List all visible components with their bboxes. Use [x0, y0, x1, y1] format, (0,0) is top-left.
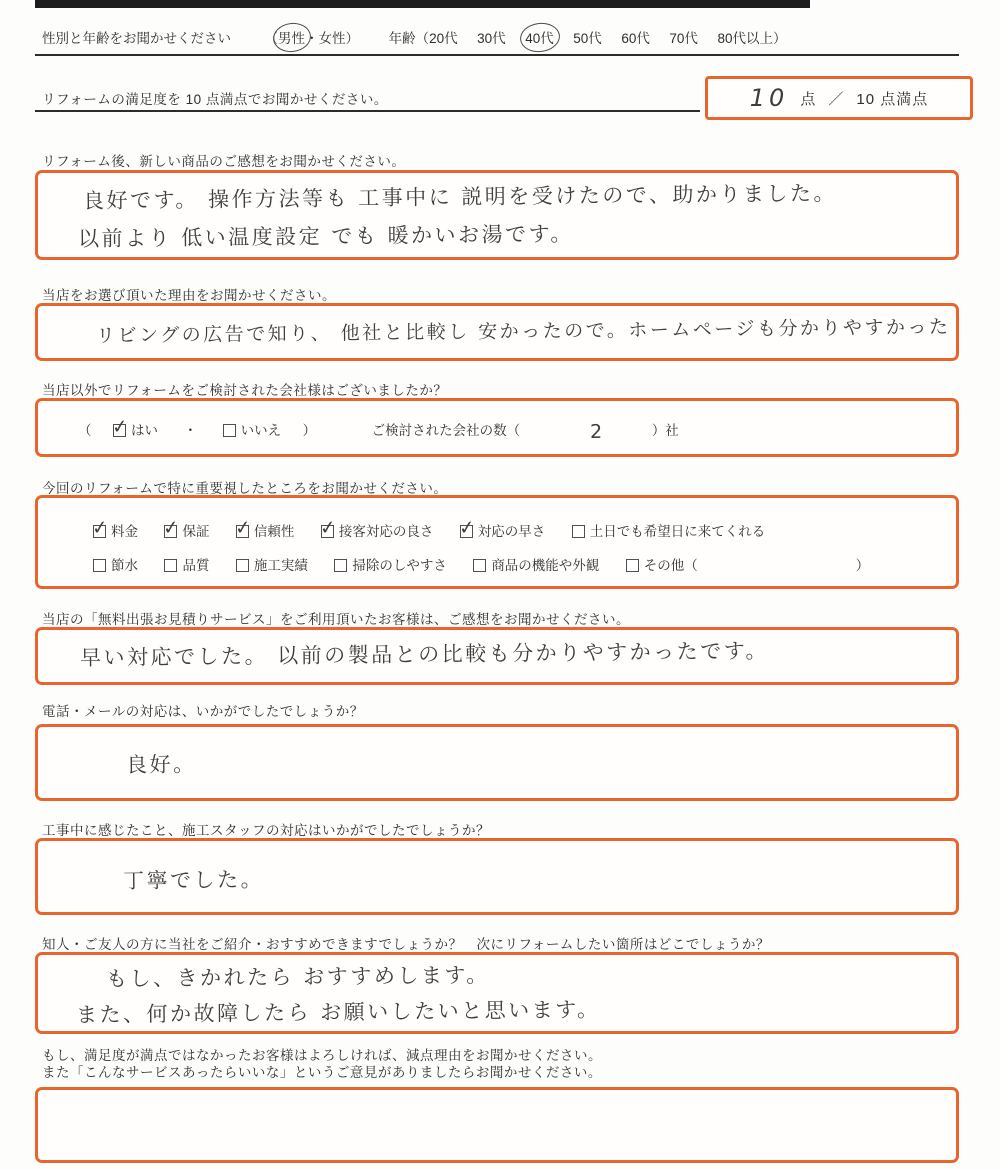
checkbox-label: 信頼性 — [254, 524, 295, 539]
paren: （ — [265, 27, 279, 47]
q6-answer-box: 料金 保証 信頼性 接客対応の良さ 対応の早さ 土日でも希望日に来てくれる 節水… — [35, 495, 959, 589]
q8-answer-box[interactable]: 良好。 — [35, 724, 959, 801]
handwritten-answer: 早い対応でした。 以前の製品との比較も分かりやすかったです。 — [80, 635, 769, 672]
divider-line — [35, 110, 700, 112]
paren: ） — [346, 31, 360, 46]
checkbox-option[interactable]: 対応の早さ — [460, 524, 546, 539]
checkbox-no[interactable] — [223, 424, 236, 437]
checkbox-label: 商品の機能や外観 — [491, 558, 599, 573]
checkbox-option[interactable]: 保証 — [164, 524, 209, 539]
age-option-20s[interactable]: 20代 — [429, 27, 458, 47]
score-max: 10 点満点 — [856, 88, 928, 109]
company-count-suffix: ）社 — [652, 423, 679, 438]
checkbox-option[interactable]: 料金 — [93, 524, 138, 539]
handwritten-score: 10 — [750, 84, 789, 112]
checkbox[interactable] — [164, 525, 177, 538]
checkbox[interactable] — [334, 559, 347, 572]
q1-label: 性別と年齢をお聞かせください — [42, 27, 231, 47]
checkbox-label: 料金 — [111, 524, 138, 539]
checkbox-yes-label: はい — [131, 423, 158, 438]
checkbox-option-other[interactable]: その他（） — [626, 558, 870, 573]
q7-label: 当店の「無料出張お見積りサービス」をご利用頂いたお客様は、ご感想をお聞かせくださ… — [42, 608, 630, 628]
checkbox-label: 接客対応の良さ — [339, 524, 434, 539]
q4-label: 当店をお選び頂いた理由をお聞かせください。 — [42, 284, 336, 304]
checkbox-option[interactable]: 商品の機能や外観 — [473, 558, 599, 573]
checkbox-row-1: 料金 保証 信頼性 接客対応の良さ 対応の早さ 土日でも希望日に来てくれる — [93, 520, 787, 541]
handwritten-answer: 以前より 低い温度設定 でも 暖かいお湯です。 — [78, 218, 574, 253]
checkbox-no-label: いいえ — [241, 423, 282, 438]
q7-answer-box[interactable]: 早い対応でした。 以前の製品との比較も分かりやすかったです。 — [35, 627, 959, 685]
gender-option-male[interactable]: 男性 — [278, 27, 305, 47]
checkbox[interactable] — [93, 525, 106, 538]
question-gender-age: 性別と年齢をお聞かせください （男性・女性） 年齢（20代 30代 40代 50… — [42, 27, 786, 47]
score-slash: ／ — [828, 88, 844, 109]
handwritten-company-count: 2 — [590, 421, 605, 443]
checkbox-row-2: 節水 品質 施工実績 掃除のしやすさ 商品の機能や外観 その他（） — [93, 554, 869, 575]
checkbox-label: 対応の早さ — [478, 524, 546, 539]
age-option-30s[interactable]: 30代 — [477, 27, 506, 47]
paren: ） — [303, 423, 317, 438]
age-option-50s[interactable]: 50代 — [573, 27, 602, 47]
checkbox[interactable] — [460, 525, 473, 538]
checkbox-option[interactable]: 掃除のしやすさ — [334, 558, 447, 573]
paren: （ — [78, 423, 92, 438]
checkbox[interactable] — [626, 559, 639, 572]
handwritten-answer: もし、きかれたら おすすめします。 — [106, 959, 490, 993]
q11-label-line2: また「こんなサービスあったらいいな」というご意見がありましたらお聞かせください。 — [42, 1061, 602, 1081]
checkbox-label: その他（ — [644, 558, 698, 573]
separator-dot: ・ — [184, 423, 198, 438]
checkbox-option[interactable]: 施工実績 — [236, 558, 308, 573]
checkbox-option[interactable]: 信頼性 — [236, 524, 295, 539]
q9-answer-box[interactable]: 丁寧でした。 — [35, 838, 959, 915]
handwritten-answer: また、何か故障したら お願いしたいと思います。 — [76, 994, 601, 1029]
q3-answer-box[interactable]: 良好です。 操作方法等も 工事中に 説明を受けたので、助かりました。 以前より … — [35, 170, 959, 260]
checkbox-label: 土日でも希望日に来てくれる — [590, 524, 766, 539]
checkbox-label: 節水 — [111, 558, 138, 573]
score-answer-box[interactable]: 10 点 ／ 10 点満点 — [705, 76, 973, 120]
separator-dot: ・ — [305, 31, 319, 46]
q9-label: 工事中に感じたこと、施工スタッフの対応はいかがでしたでしょうか？ — [42, 819, 490, 839]
checkbox-yes[interactable] — [113, 424, 126, 437]
q8-label: 電話・メールの対応は、いかがでしたでしょうか？ — [42, 700, 364, 720]
paren: ） — [856, 558, 870, 573]
company-count-label: ご検討された会社の数（ — [372, 423, 521, 438]
age-option-70s[interactable]: 70代 — [669, 27, 698, 47]
checkbox-option[interactable]: 節水 — [93, 558, 138, 573]
checkbox-option[interactable]: 土日でも希望日に来てくれる — [572, 524, 766, 539]
q3-label: リフォーム後、新しい商品のご感想をお聞かせください。 — [42, 150, 405, 170]
handwritten-answer: 良好です。 操作方法等も 工事中に 説明を受けたので、助かりました。 — [83, 177, 837, 215]
checkbox-option[interactable]: 接客対応の良さ — [321, 524, 434, 539]
checkbox[interactable] — [164, 559, 177, 572]
checkbox[interactable] — [473, 559, 486, 572]
q11-answer-box[interactable] — [35, 1087, 959, 1163]
scanned-survey-form: 性別と年齢をお聞かせください （男性・女性） 年齢（20代 30代 40代 50… — [0, 0, 1000, 1170]
checkbox-label: 施工実績 — [254, 558, 308, 573]
handwritten-answer: 丁寧でした。 — [123, 864, 264, 895]
age-option-40s[interactable]: 40代 — [525, 27, 554, 47]
paren: ） — [773, 31, 787, 46]
q10-answer-box[interactable]: もし、きかれたら おすすめします。 また、何か故障したら お願いしたいと思います… — [35, 952, 959, 1034]
checkbox[interactable] — [321, 525, 334, 538]
q2-label: リフォームの満足度を 10 点満点でお聞かせください。 — [42, 88, 388, 108]
q5-label: 当店以外でリフォームをご検討された会社様はございましたか？ — [42, 379, 447, 399]
checkbox[interactable] — [93, 559, 106, 572]
checkbox-label: 品質 — [182, 558, 209, 573]
checkbox[interactable] — [572, 525, 585, 538]
gender-option-female[interactable]: 女性 — [319, 27, 346, 47]
age-prefix: 年齢（ — [389, 27, 430, 47]
divider-line — [35, 54, 959, 56]
checkbox-label: 保証 — [182, 524, 209, 539]
checkbox[interactable] — [236, 525, 249, 538]
age-option-80s[interactable]: 80代以上 — [717, 27, 773, 47]
q4-answer-box[interactable]: リビングの広告で知り、 他社と比較し 安かったので。ホームページも分かりやすかっ… — [35, 303, 959, 361]
handwritten-answer: 良好。 — [126, 748, 197, 779]
q5-answer-box[interactable]: （ はい ・ いいえ ） ご検討された会社の数（ 2 ）社 — [35, 398, 959, 457]
header-black-bar — [35, 0, 810, 8]
q6-label: 今回のリフォームで特に重要視したところをお聞かせください。 — [42, 477, 447, 497]
handwritten-answer: リビングの広告で知り、 他社と比較し 安かったので。ホームページも分かりやすかっ… — [96, 312, 951, 348]
checkbox-option[interactable]: 品質 — [164, 558, 209, 573]
q10-label: 知人・ご友人の方に当社をご紹介・おすすめできますでしょうか？ 次にリフォームした… — [42, 933, 770, 953]
age-option-60s[interactable]: 60代 — [621, 27, 650, 47]
checkbox[interactable] — [236, 559, 249, 572]
score-unit: 点 — [800, 88, 816, 109]
checkbox-label: 掃除のしやすさ — [352, 558, 447, 573]
